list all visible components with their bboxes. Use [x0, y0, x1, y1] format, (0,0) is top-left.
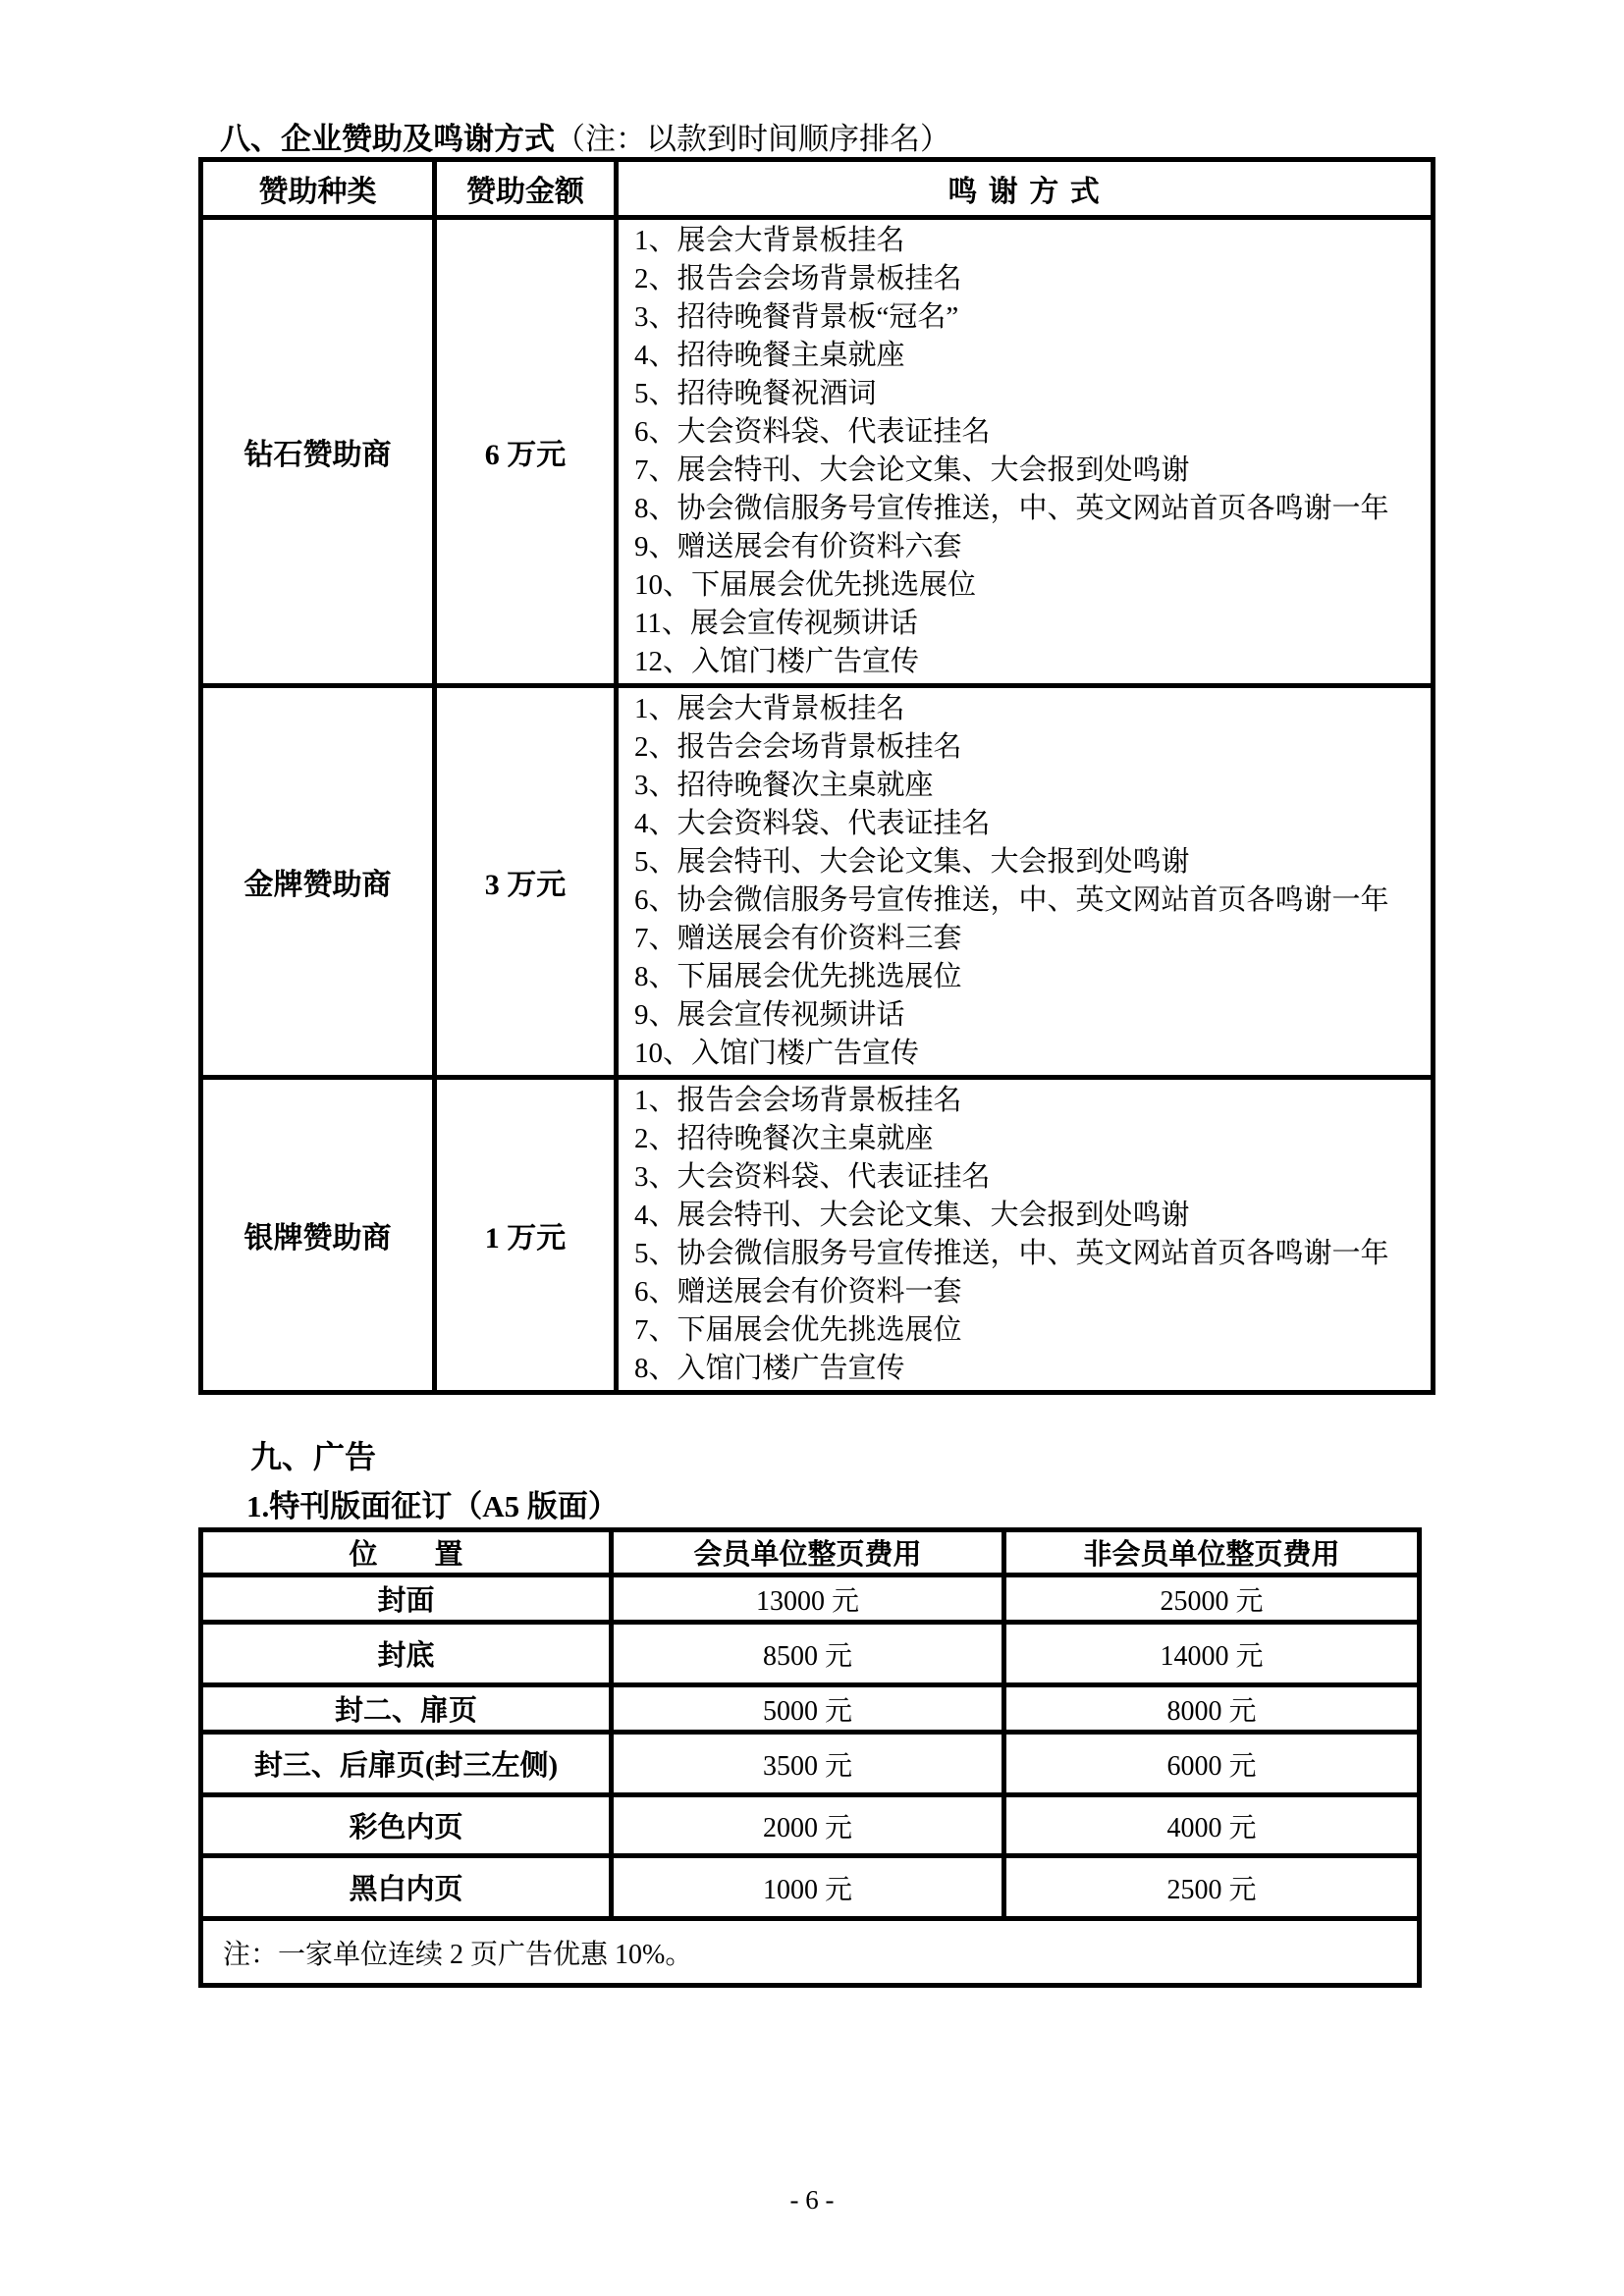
ad-table-note-row: 注：一家单位连续 2 页广告优惠 10%。 [201, 1919, 1420, 1986]
page-number: - 6 - [0, 2185, 1624, 2216]
ad-nonmember-price-cell: 25000 元 [1004, 1575, 1420, 1623]
ad-member-price-cell: 5000 元 [612, 1685, 1004, 1733]
sponsor-type-cell: 钻石赞助商 [201, 218, 435, 686]
benefit-item: 10、下届展会优先挑选展位 [634, 566, 1423, 605]
sponsor-amount-cell: 3 万元 [435, 686, 617, 1078]
ad-position-cell: 封底 [201, 1623, 612, 1685]
ad-position-cell: 黑白内页 [201, 1856, 612, 1919]
benefit-item: 10、入馆门楼广告宣传 [634, 1035, 1423, 1073]
sponsor-header-amount: 赞助金额 [435, 160, 617, 218]
ad-header-member: 会员单位整页费用 [612, 1530, 1004, 1575]
benefit-item: 2、报告会会场背景板挂名 [634, 260, 1423, 298]
benefit-item: 4、招待晚餐主桌就座 [634, 337, 1423, 375]
ad-member-price-cell: 8500 元 [612, 1623, 1004, 1685]
benefit-item: 2、招待晚餐次主桌就座 [634, 1120, 1423, 1158]
benefit-item: 8、下届展会优先挑选展位 [634, 958, 1423, 996]
ad-nonmember-price-cell: 14000 元 [1004, 1623, 1420, 1685]
ad-position-cell: 彩色内页 [201, 1795, 612, 1856]
benefit-item: 3、招待晚餐背景板“冠名” [634, 298, 1423, 337]
section8-heading: 八、企业赞助及鸣谢方式（注：以款到时间顺序排名） [220, 114, 950, 158]
sponsor-row-silver: 银牌赞助商 1 万元 1、报告会会场背景板挂名 2、招待晚餐次主桌就座 3、大会… [201, 1078, 1434, 1393]
ad-price-table: 位 置 会员单位整页费用 非会员单位整页费用 封面 13000 元 25000 … [198, 1527, 1422, 1988]
sponsor-table: 赞助种类 赞助金额 鸣 谢 方 式 钻石赞助商 6 万元 1、展会大背景板挂名 … [198, 157, 1435, 1395]
ad-member-price-cell: 13000 元 [612, 1575, 1004, 1623]
sponsor-header-type: 赞助种类 [201, 160, 435, 218]
benefit-item: 12、入馆门楼广告宣传 [634, 643, 1423, 681]
ad-row-cover: 封面 13000 元 25000 元 [201, 1575, 1420, 1623]
section9-subtitle: 1.特刊版面征订（A5 版面） [246, 1481, 619, 1525]
benefit-item: 2、报告会会场背景板挂名 [634, 728, 1423, 767]
section8-title-note: （注：以款到时间顺序排名） [555, 122, 950, 156]
benefit-item: 5、协会微信服务号宣传推送，中、英文网站首页各鸣谢一年 [634, 1235, 1423, 1273]
section9-title: 九、广告 [250, 1432, 376, 1477]
sponsor-type-cell: 金牌赞助商 [201, 686, 435, 1078]
benefit-item: 7、赠送展会有价资料三套 [634, 920, 1423, 958]
sponsor-benefits-cell: 1、展会大背景板挂名 2、报告会会场背景板挂名 3、招待晚餐次主桌就座 4、大会… [617, 686, 1434, 1078]
benefit-item: 6、赠送展会有价资料一套 [634, 1273, 1423, 1311]
benefit-item: 8、协会微信服务号宣传推送，中、英文网站首页各鸣谢一年 [634, 490, 1423, 528]
benefit-item: 1、展会大背景板挂名 [634, 690, 1423, 728]
sponsor-benefits-cell: 1、报告会会场背景板挂名 2、招待晚餐次主桌就座 3、大会资料袋、代表证挂名 4… [617, 1078, 1434, 1393]
sponsor-amount-cell: 6 万元 [435, 218, 617, 686]
ad-member-price-cell: 1000 元 [612, 1856, 1004, 1919]
benefit-item: 4、展会特刊、大会论文集、大会报到处鸣谢 [634, 1197, 1423, 1235]
ad-row-bw-inner: 黑白内页 1000 元 2500 元 [201, 1856, 1420, 1919]
ad-header-position: 位 置 [201, 1530, 612, 1575]
ad-table-note: 注：一家单位连续 2 页广告优惠 10%。 [201, 1919, 1420, 1986]
benefit-item: 9、展会宣传视频讲话 [634, 996, 1423, 1035]
benefit-item: 8、入馆门楼广告宣传 [634, 1350, 1423, 1388]
document-page: 八、企业赞助及鸣谢方式（注：以款到时间顺序排名） 赞助种类 赞助金额 鸣 谢 方… [0, 0, 1624, 2296]
sponsor-benefits-cell: 1、展会大背景板挂名 2、报告会会场背景板挂名 3、招待晚餐背景板“冠名” 4、… [617, 218, 1434, 686]
sponsor-table-header-row: 赞助种类 赞助金额 鸣 谢 方 式 [201, 160, 1434, 218]
benefit-item: 5、展会特刊、大会论文集、大会报到处鸣谢 [634, 843, 1423, 881]
benefit-item: 5、招待晚餐祝酒词 [634, 375, 1423, 413]
benefit-item: 1、报告会会场背景板挂名 [634, 1082, 1423, 1120]
ad-table-header-row: 位 置 会员单位整页费用 非会员单位整页费用 [201, 1530, 1420, 1575]
ad-header-non-member: 非会员单位整页费用 [1004, 1530, 1420, 1575]
benefit-item: 6、协会微信服务号宣传推送，中、英文网站首页各鸣谢一年 [634, 881, 1423, 920]
ad-position-cell: 封三、后扉页(封三左侧) [201, 1733, 612, 1795]
ad-member-price-cell: 2000 元 [612, 1795, 1004, 1856]
ad-position-cell: 封面 [201, 1575, 612, 1623]
ad-nonmember-price-cell: 8000 元 [1004, 1685, 1420, 1733]
section8-title: 八、企业赞助及鸣谢方式 [220, 122, 555, 156]
ad-nonmember-price-cell: 4000 元 [1004, 1795, 1420, 1856]
ad-row-back-cover: 封底 8500 元 14000 元 [201, 1623, 1420, 1685]
ad-row-inside-back: 封三、后扉页(封三左侧) 3500 元 6000 元 [201, 1733, 1420, 1795]
sponsor-header-method: 鸣 谢 方 式 [617, 160, 1434, 218]
benefit-item: 3、大会资料袋、代表证挂名 [634, 1158, 1423, 1197]
benefit-item: 9、赠送展会有价资料六套 [634, 528, 1423, 566]
benefit-item: 1、展会大背景板挂名 [634, 222, 1423, 260]
benefit-item: 7、下届展会优先挑选展位 [634, 1311, 1423, 1350]
benefit-item: 6、大会资料袋、代表证挂名 [634, 413, 1423, 452]
ad-row-color-inner: 彩色内页 2000 元 4000 元 [201, 1795, 1420, 1856]
sponsor-amount-cell: 1 万元 [435, 1078, 617, 1393]
sponsor-type-cell: 银牌赞助商 [201, 1078, 435, 1393]
ad-nonmember-price-cell: 2500 元 [1004, 1856, 1420, 1919]
ad-position-cell: 封二、扉页 [201, 1685, 612, 1733]
benefit-item: 3、招待晚餐次主桌就座 [634, 767, 1423, 805]
benefit-item: 4、大会资料袋、代表证挂名 [634, 805, 1423, 843]
ad-member-price-cell: 3500 元 [612, 1733, 1004, 1795]
sponsor-row-diamond: 钻石赞助商 6 万元 1、展会大背景板挂名 2、报告会会场背景板挂名 3、招待晚… [201, 218, 1434, 686]
ad-nonmember-price-cell: 6000 元 [1004, 1733, 1420, 1795]
sponsor-row-gold: 金牌赞助商 3 万元 1、展会大背景板挂名 2、报告会会场背景板挂名 3、招待晚… [201, 686, 1434, 1078]
ad-row-inside-front: 封二、扉页 5000 元 8000 元 [201, 1685, 1420, 1733]
benefit-item: 7、展会特刊、大会论文集、大会报到处鸣谢 [634, 452, 1423, 490]
benefit-item: 11、展会宣传视频讲话 [634, 605, 1423, 643]
